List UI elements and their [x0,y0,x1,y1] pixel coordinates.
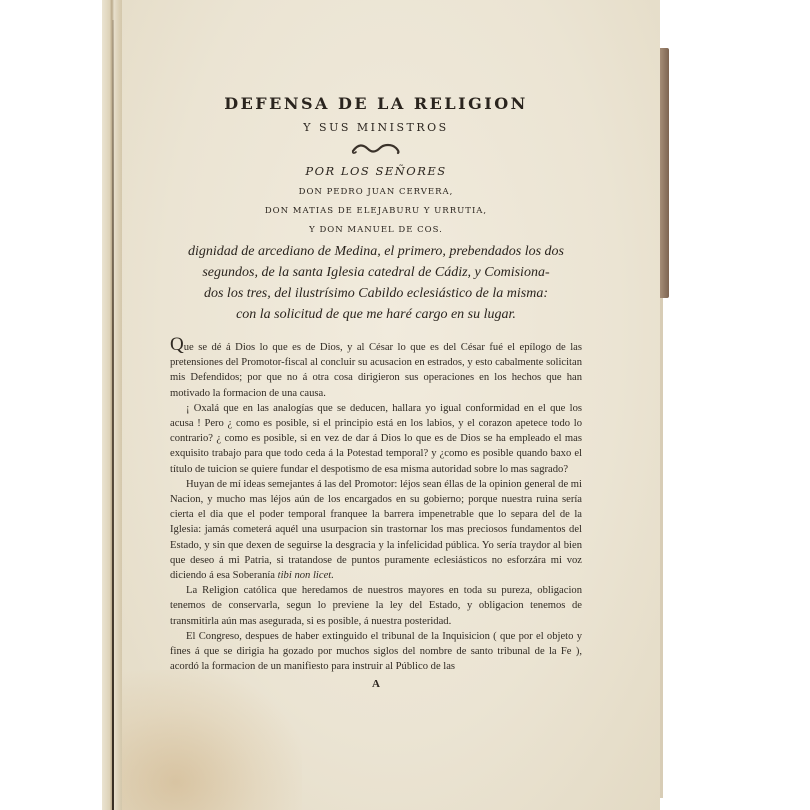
foxing-stain [122,670,302,810]
paragraph-text: La Religion católica que heredamos de nu… [170,585,582,626]
page-subtitle: Y SUS MINISTROS [170,121,582,134]
dignity-line: segundos, de la santa Iglesia catedral d… [178,262,574,283]
page-title: DEFENSA DE LA RELIGION [170,94,582,113]
dignity-line: dignidad de arcediano de Medina, el prim… [178,241,574,262]
signature-mark: A [170,678,582,690]
by-line: POR LOS SEÑORES [170,164,582,178]
paragraph-text: El Congreso, despues de haber extinguido… [170,631,582,672]
author-2: DON MATIAS DE ELEJABURU Y URRUTIA, [170,206,582,216]
page-edge-stain [660,48,669,298]
paragraph-text: ¡ Oxalá que en las analogías que se dedu… [170,403,582,475]
author-1: DON PEDRO JUAN CERVERA, [170,187,582,197]
author-3: Y DON MANUEL DE COS. [170,225,582,235]
paragraph-3: Huyan de mí ideas semejantes á las del P… [170,477,582,583]
spine-gutter-line [112,20,114,810]
dignity-line: con la solicitud de que me haré cargo en… [178,304,574,325]
paragraph-text: Huyan de mí ideas semejantes á las del P… [170,479,582,581]
paragraph-2: ¡ Oxalá que en las analogías que se dedu… [170,401,582,477]
page-edge [660,298,663,798]
drop-cap: Q [170,334,184,355]
paragraph-5: El Congreso, despues de haber extinguido… [170,629,582,675]
paragraph-4: La Religion católica que heredamos de nu… [170,583,582,629]
page-content: DEFENSA DE LA RELIGION Y SUS MINISTROS P… [170,90,582,690]
paragraph-1: Que se dé á Dios lo que es de Dios, y al… [170,339,582,401]
dignity-line: dos los tres, del ilustrísimo Cabildo ec… [178,283,574,304]
body-text: Que se dé á Dios lo que es de Dios, y al… [170,339,582,674]
latin-phrase: tibi non licet. [278,570,334,581]
ornament-swash-icon [350,142,402,156]
dignity-statement: dignidad de arcediano de Medina, el prim… [170,241,582,325]
paragraph-text: ue se dé á Dios lo que es de Dios, y al … [170,342,582,399]
